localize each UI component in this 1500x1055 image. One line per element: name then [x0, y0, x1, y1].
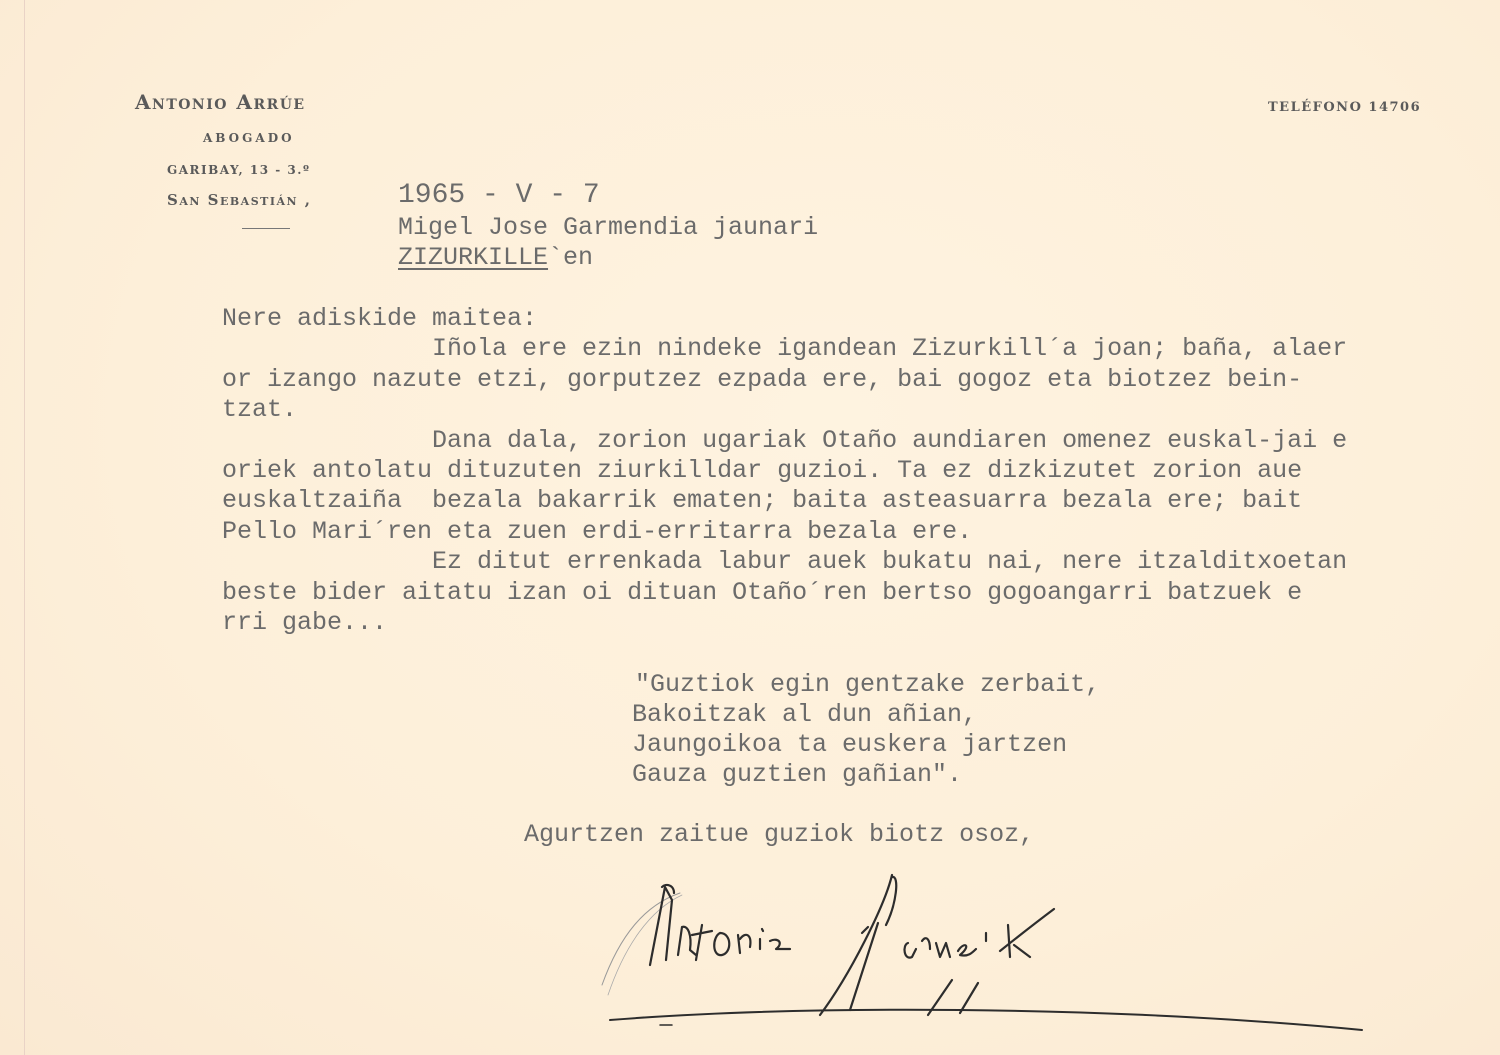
paper-edge	[24, 0, 25, 1055]
letter-date: 1965 - V - 7	[398, 181, 600, 211]
body-line: or izango nazute etzi, gorputzez ezpada …	[222, 365, 1362, 395]
body-line: Ez ditut errenkada labur auek bukatu nai…	[222, 547, 1362, 577]
letterhead-profession: ABOGADO	[203, 131, 295, 145]
signature-icon	[600, 865, 1380, 1045]
letterhead-divider	[242, 228, 290, 229]
poem-line: Jaungoikoa ta euskera jartzen	[632, 730, 1100, 760]
letterhead-phone: TELÉFONO 14706	[1268, 100, 1421, 115]
closing-line: Agurtzen zaitue guziok biotz osoz,	[524, 820, 1034, 850]
place-name: ZIZURKILLE	[398, 243, 548, 272]
letter-place: ZIZURKILLE`en	[398, 243, 593, 273]
body-line: Iñola ere ezin nindeke igandean Zizurkil…	[222, 334, 1362, 364]
body-line: euskaltzaiña bezala bakarrik ematen; bai…	[222, 486, 1362, 516]
place-suffix: `en	[548, 243, 593, 272]
letterhead-name: Antonio Arrúe	[135, 90, 306, 114]
poem-quote: "Guztiok egin gentzake zerbait,Bakoitzak…	[632, 670, 1100, 790]
body-line: Dana dala, zorion ugariak Otaño aundiare…	[222, 426, 1362, 456]
body-line: Pello Mari´ren eta zuen erdi-erritarra b…	[222, 517, 1362, 547]
poem-line: Gauza guztien gañian".	[632, 760, 1100, 790]
body-line: beste bider aitatu izan oi dituan Otaño´…	[222, 578, 1362, 608]
poem-line: Bakoitzak al dun añian,	[632, 700, 1100, 730]
poem-line: "Guztiok egin gentzake zerbait,	[620, 670, 1100, 700]
body-line: tzat.	[222, 395, 1362, 425]
letterhead-address: GARIBAY, 13 - 3.º	[167, 163, 310, 177]
body-line: oriek antolatu dituzuten ziurkilldar guz…	[222, 456, 1362, 486]
letterhead-city: San Sebastián ,	[167, 191, 312, 209]
salutation: Nere adiskide maitea:	[222, 304, 1362, 334]
letter-recipient: Migel Jose Garmendia jaunari	[398, 213, 818, 243]
letter-body: Nere adiskide maitea: Iñola ere ezin nin…	[222, 304, 1362, 638]
body-line: rri gabe...	[222, 608, 1362, 638]
